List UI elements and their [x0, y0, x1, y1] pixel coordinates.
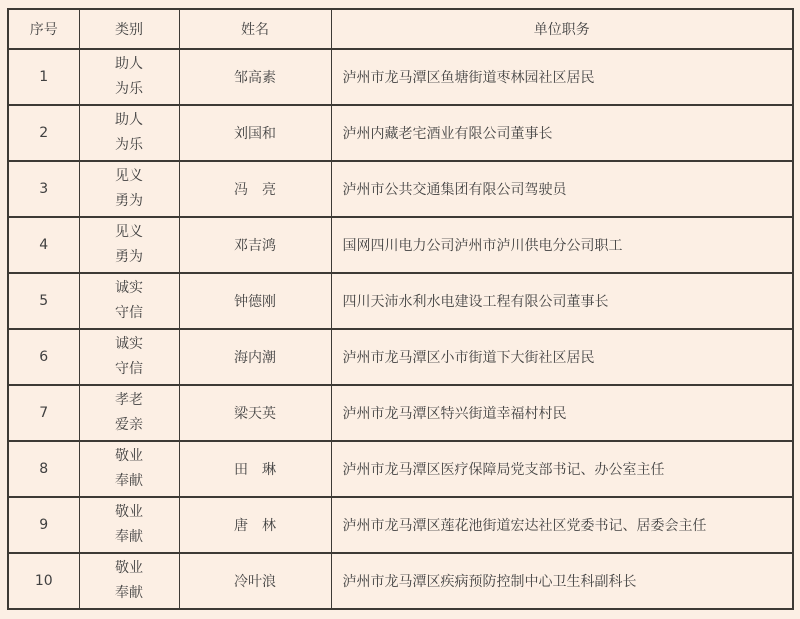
cell-name: 刘国和 — [179, 105, 331, 161]
cell-unit: 泸州市龙马潭区小市街道下大街社区居民 — [331, 329, 793, 385]
cell-index: 10 — [8, 553, 79, 609]
cell-name: 唐 林 — [179, 497, 331, 553]
cell-category: 助人 为乐 — [79, 49, 179, 105]
cell-unit: 泸州市龙马潭区鱼塘街道枣林园社区居民 — [331, 49, 793, 105]
cell-category: 诚实 守信 — [79, 273, 179, 329]
category-line-2: 守信 — [80, 357, 179, 382]
cell-name: 邹高素 — [179, 49, 331, 105]
cell-index: 8 — [8, 441, 79, 497]
category-line-2: 守信 — [80, 301, 179, 326]
cell-index: 5 — [8, 273, 79, 329]
cell-category: 见义 勇为 — [79, 161, 179, 217]
category-line-2: 奉献 — [80, 525, 179, 550]
cell-unit: 泸州市龙马潭区医疗保障局党支部书记、办公室主任 — [331, 441, 793, 497]
cell-category: 见义 勇为 — [79, 217, 179, 273]
category-line-2: 勇为 — [80, 189, 179, 214]
table-row: 2 助人 为乐 刘国和 泸州内藏老宅酒业有限公司董事长 — [8, 105, 793, 161]
cell-unit: 泸州市龙马潭区特兴街道幸福村村民 — [331, 385, 793, 441]
category-line-1: 敬业 — [80, 444, 179, 469]
cell-unit: 泸州市公共交通集团有限公司驾驶员 — [331, 161, 793, 217]
cell-category: 助人 为乐 — [79, 105, 179, 161]
category-line-1: 敬业 — [80, 556, 179, 581]
cell-index: 3 — [8, 161, 79, 217]
cell-unit: 泸州市龙马潭区莲花池街道宏达社区党委书记、居委会主任 — [331, 497, 793, 553]
header-category: 类别 — [79, 9, 179, 49]
cell-name: 梁天英 — [179, 385, 331, 441]
table-row: 4 见义 勇为 邓吉鸿 国网四川电力公司泸州市泸川供电分公司职工 — [8, 217, 793, 273]
table-row: 7 孝老 爱亲 梁天英 泸州市龙马潭区特兴街道幸福村村民 — [8, 385, 793, 441]
cell-name: 冯 亮 — [179, 161, 331, 217]
cell-unit: 国网四川电力公司泸州市泸川供电分公司职工 — [331, 217, 793, 273]
cell-unit: 四川天沛水利水电建设工程有限公司董事长 — [331, 273, 793, 329]
header-row: 序号 类别 姓名 单位职务 — [8, 9, 793, 49]
table-row: 6 诚实 守信 海内潮 泸州市龙马潭区小市街道下大街社区居民 — [8, 329, 793, 385]
header-unit: 单位职务 — [331, 9, 793, 49]
category-line-1: 见义 — [80, 220, 179, 245]
category-line-1: 孝老 — [80, 388, 179, 413]
cell-name: 海内潮 — [179, 329, 331, 385]
cell-index: 6 — [8, 329, 79, 385]
table-row: 9 敬业 奉献 唐 林 泸州市龙马潭区莲花池街道宏达社区党委书记、居委会主任 — [8, 497, 793, 553]
cell-unit: 泸州内藏老宅酒业有限公司董事长 — [331, 105, 793, 161]
category-line-1: 诚实 — [80, 332, 179, 357]
table-row: 5 诚实 守信 钟德刚 四川天沛水利水电建设工程有限公司董事长 — [8, 273, 793, 329]
cell-name: 钟德刚 — [179, 273, 331, 329]
category-line-1: 敬业 — [80, 500, 179, 525]
cell-name: 邓吉鸿 — [179, 217, 331, 273]
cell-index: 9 — [8, 497, 79, 553]
roster-table: 序号 类别 姓名 单位职务 1 助人 为乐 邹高素 泸州市龙马潭区鱼塘街道枣林园… — [7, 8, 794, 610]
category-line-1: 助人 — [80, 52, 179, 77]
roster-table-container: 序号 类别 姓名 单位职务 1 助人 为乐 邹高素 泸州市龙马潭区鱼塘街道枣林园… — [7, 8, 794, 610]
cell-category: 敬业 奉献 — [79, 441, 179, 497]
category-line-2: 爱亲 — [80, 413, 179, 438]
table-row: 3 见义 勇为 冯 亮 泸州市公共交通集团有限公司驾驶员 — [8, 161, 793, 217]
cell-category: 孝老 爱亲 — [79, 385, 179, 441]
cell-index: 1 — [8, 49, 79, 105]
header-index: 序号 — [8, 9, 79, 49]
cell-index: 4 — [8, 217, 79, 273]
cell-category: 敬业 奉献 — [79, 553, 179, 609]
cell-name: 田 琳 — [179, 441, 331, 497]
cell-index: 2 — [8, 105, 79, 161]
cell-unit: 泸州市龙马潭区疾病预防控制中心卫生科副科长 — [331, 553, 793, 609]
cell-category: 诚实 守信 — [79, 329, 179, 385]
category-line-1: 助人 — [80, 108, 179, 133]
category-line-2: 为乐 — [80, 133, 179, 158]
table-row: 8 敬业 奉献 田 琳 泸州市龙马潭区医疗保障局党支部书记、办公室主任 — [8, 441, 793, 497]
category-line-2: 奉献 — [80, 469, 179, 494]
category-line-1: 诚实 — [80, 276, 179, 301]
header-name: 姓名 — [179, 9, 331, 49]
category-line-2: 奉献 — [80, 581, 179, 606]
table-row: 10 敬业 奉献 冷叶浪 泸州市龙马潭区疾病预防控制中心卫生科副科长 — [8, 553, 793, 609]
cell-category: 敬业 奉献 — [79, 497, 179, 553]
category-line-1: 见义 — [80, 164, 179, 189]
cell-index: 7 — [8, 385, 79, 441]
cell-name: 冷叶浪 — [179, 553, 331, 609]
category-line-2: 勇为 — [80, 245, 179, 270]
table-row: 1 助人 为乐 邹高素 泸州市龙马潭区鱼塘街道枣林园社区居民 — [8, 49, 793, 105]
category-line-2: 为乐 — [80, 77, 179, 102]
